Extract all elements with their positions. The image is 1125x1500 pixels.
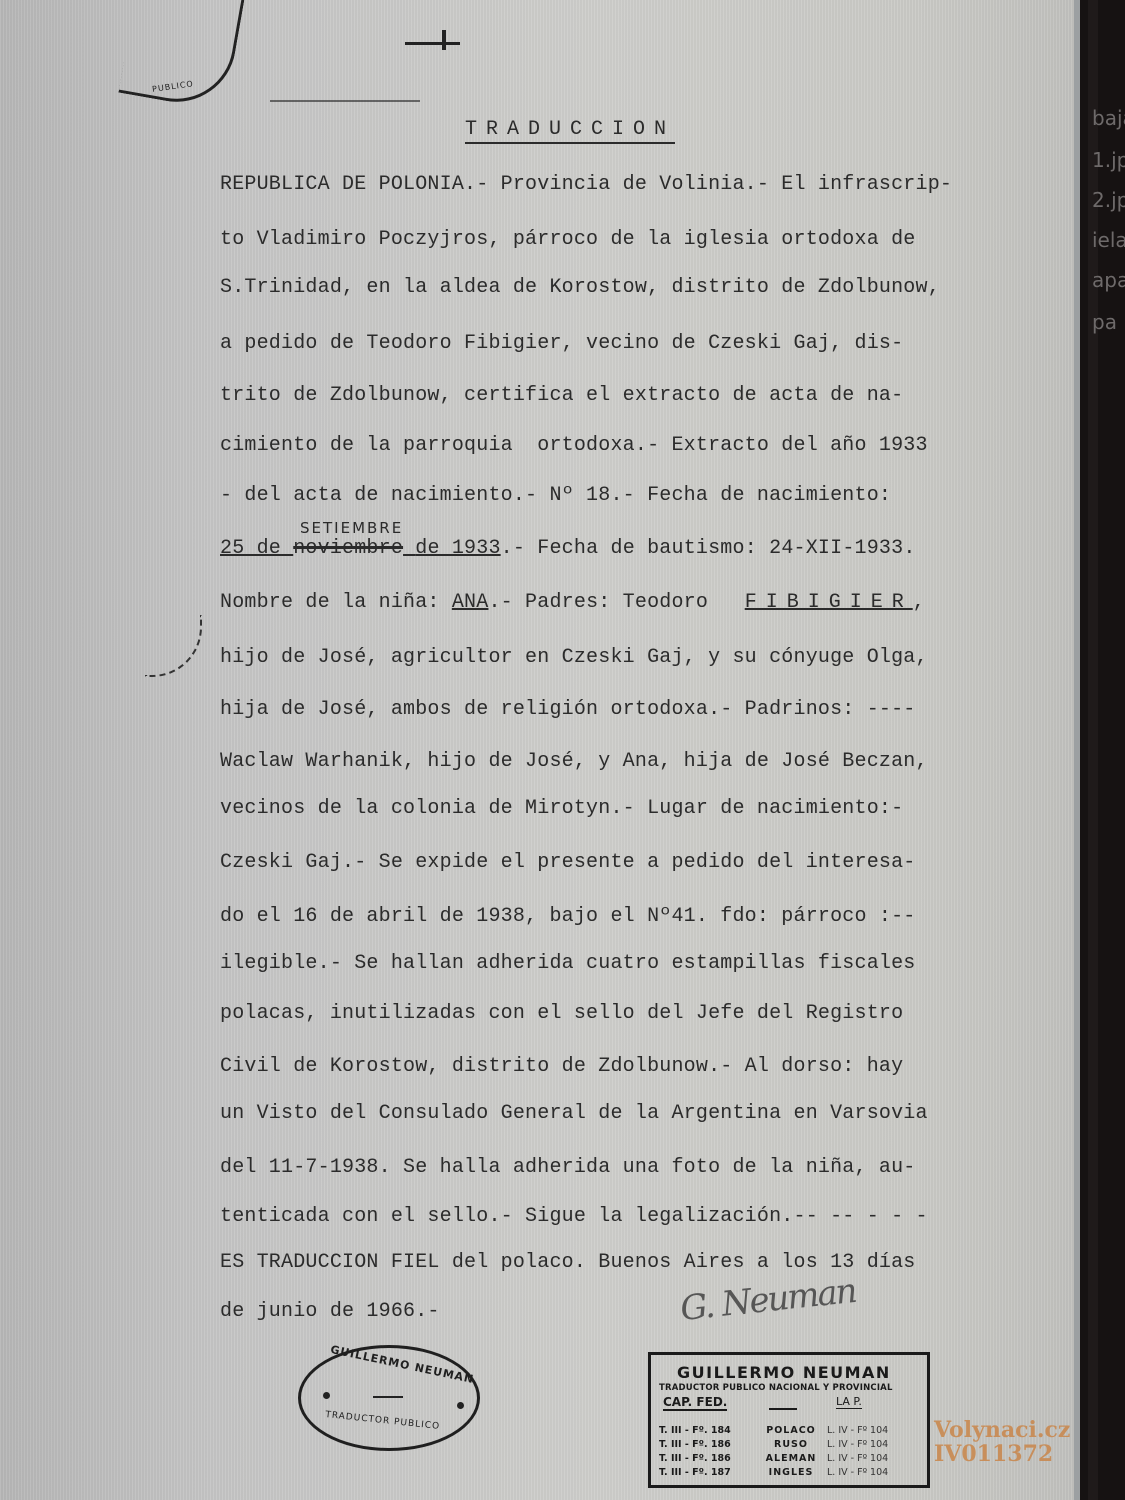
registration-row: T. III - Fº. 186RUSOL. IV - Fº 104 [659, 1439, 888, 1450]
partial-stamp-top-left [118, 0, 249, 111]
child-name-line: Nombre de la niña: ANA.- Padres: Teodoro… [220, 591, 925, 614]
text-line: de junio de 1966.- [220, 1300, 440, 1323]
document-page: PUBLICO TRADUCCION REPUBLICA DE POLONIA.… [0, 0, 1078, 1500]
oval-stamp-name: GUILLERMO NEUMAN [329, 1343, 475, 1386]
box-stamp-subtitle: TRADUCTOR PUBLICO NACIONAL Y PROVINCIAL [659, 1383, 893, 1393]
file-sidebar [1080, 0, 1125, 1500]
text-line: Czeski Gaj.- Se expide el presente a ped… [220, 851, 916, 874]
stamp-dot [323, 1392, 330, 1399]
birth-day: 25 de [220, 537, 281, 560]
text-line: Waclaw Warhanik, hijo de José, y Ana, hi… [220, 750, 928, 773]
box-stamp-cap-fed: CAP. FED. [663, 1395, 727, 1411]
text-line: - del acta de nacimiento.- Nº 18.- Fecha… [220, 484, 891, 507]
stamp-dash [373, 1396, 403, 1398]
partial-stamp-left [145, 615, 202, 677]
typewriter-mark [405, 42, 460, 45]
box-stamp-name: GUILLERMO NEUMAN [677, 1363, 891, 1382]
text-line: hijo de José, agricultor en Czeski Gaj, … [220, 646, 928, 669]
sidebar-file-item[interactable]: 1.jp [1092, 148, 1125, 172]
surname: FIBIGIER [745, 591, 913, 614]
registration-row: T. III - Fº. 184POLACOL. IV - Fº 104 [659, 1425, 888, 1436]
text-line: to Vladimiro Poczyjros, párroco de la ig… [220, 228, 916, 251]
text-line: a pedido de Teodoro Fibigier, vecino de … [220, 332, 903, 355]
birth-year: de 1933 [415, 537, 500, 560]
watermark: Volynaci.cz IV011372 [934, 1418, 1070, 1466]
watermark-site: Volynaci.cz [934, 1418, 1070, 1442]
text-line: polacas, inutilizadas con el sello del J… [220, 1002, 903, 1025]
sidebar-file-item[interactable]: baja [1092, 106, 1125, 130]
text-line: REPUBLICA DE POLONIA.- Provincia de Voli… [220, 173, 952, 196]
child-name: ANA [452, 591, 489, 614]
text-line: trito de Zdolbunow, certifica el extract… [220, 384, 903, 407]
watermark-id: IV011372 [934, 1442, 1070, 1466]
translator-signature: G. Neuman [678, 1271, 857, 1329]
stamp-dash [769, 1408, 797, 1410]
typewriter-mark [270, 100, 420, 102]
sidebar-divider [1088, 0, 1098, 1500]
oval-stamp-title: TRADUCTOR PUBLICO [325, 1410, 441, 1432]
struck-month: noviembre [293, 537, 403, 560]
typewriter-mark [442, 30, 446, 50]
birth-date-line: 25 de noviembre de 1933.- Fecha de bauti… [220, 537, 916, 560]
text-line: tenticada con el sello.- Sigue la legali… [220, 1205, 928, 1228]
baptism-date: .- Fecha de bautismo: 24-XII-1933. [501, 537, 916, 560]
text-line: do el 16 de abril de 1938, bajo el Nº41.… [220, 905, 916, 928]
registration-row: T. III - Fº. 187INGLESL. IV - Fº 104 [659, 1467, 888, 1478]
rectangular-translator-stamp: GUILLERMO NEUMAN TRADUCTOR PUBLICO NACIO… [648, 1352, 930, 1488]
sidebar-file-item[interactable]: iela [1092, 228, 1125, 252]
document-title: TRADUCCION [465, 118, 675, 144]
oval-translator-stamp: GUILLERMO NEUMAN TRADUCTOR PUBLICO [298, 1345, 480, 1451]
text-line: S.Trinidad, en la aldea de Korostow, dis… [220, 276, 940, 299]
registration-row: T. III - Fº. 186ALEMANL. IV - Fº 104 [659, 1453, 888, 1464]
text-line: cimiento de la parroquia ortodoxa.- Extr… [220, 434, 928, 457]
text-line: ES TRADUCCION FIEL del polaco. Buenos Ai… [220, 1251, 916, 1274]
stamp-dot [457, 1402, 464, 1409]
text-line: hija de José, ambos de religión ortodoxa… [220, 698, 916, 721]
sidebar-file-item[interactable]: apa [1092, 268, 1125, 292]
text-line: ilegible.- Se hallan adherida cuatro est… [220, 952, 916, 975]
text-line: Civil de Korostow, distrito de Zdolbunow… [220, 1055, 903, 1078]
sidebar-file-item[interactable]: 2.jp [1092, 188, 1125, 212]
box-stamp-la-p: LA P. [836, 1395, 862, 1409]
text-line: vecinos de la colonia de Mirotyn.- Lugar… [220, 797, 903, 820]
handwritten-correction: SETIEMBRE [300, 519, 403, 537]
sidebar-file-item[interactable]: pa [1092, 310, 1125, 334]
text-line: del 11-7-1938. Se halla adherida una fot… [220, 1156, 916, 1179]
text-line: un Visto del Consulado General de la Arg… [220, 1102, 928, 1125]
